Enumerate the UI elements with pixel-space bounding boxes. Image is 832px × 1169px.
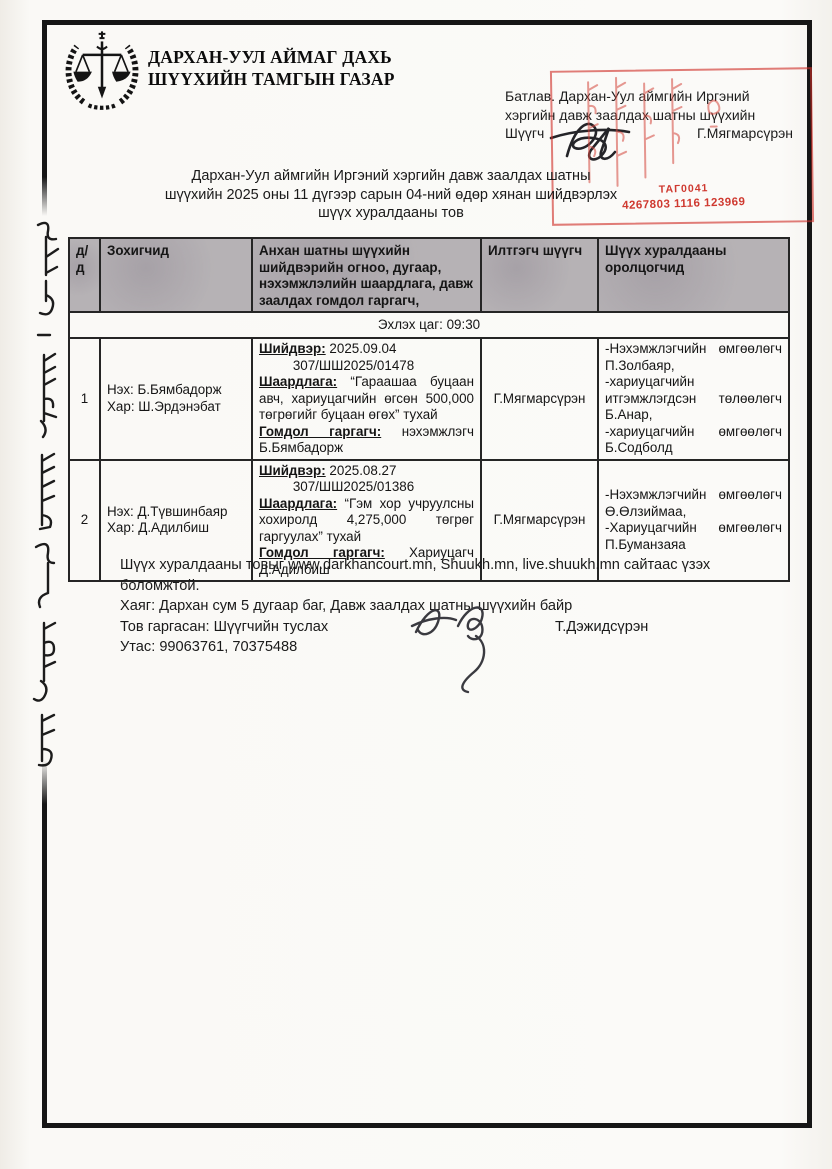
parties-cell: Нэх: Б.Бямбадорж Хар: Ш.Эрдэнэбат <box>100 338 252 460</box>
org-name-line2: ШҮҮХИЙН ТАМГЫН ГАЗАР <box>148 68 395 90</box>
participant: -Нэхэмжлэгчийн өмгөөлөгч Ө.Өлзиймаа, <box>605 487 782 520</box>
page-border-left-upper <box>42 20 47 216</box>
document-title: Дархан-Уул аймгийн Иргэний хэргийн давж … <box>108 167 674 223</box>
participant: -Хариуцагчийн өмгөөлөгч П.Буманзаяа <box>605 520 782 553</box>
scales-of-justice-logo-icon <box>60 29 144 111</box>
hearing-schedule-table: д/ д Зохигчид Анхан шатны шүүхийн шийдвэ… <box>68 237 790 582</box>
decision-label: Шийдвэр: <box>259 341 326 356</box>
prepared-label: Тов гаргасан: Шүүгчийн туслах <box>120 619 328 635</box>
header-participants: Шүүх хуралдааны оролцогчид <box>598 238 789 312</box>
start-time-label: Эхлэх цаг: 09:30 <box>69 312 789 338</box>
reporting-judge: Г.Мягмарсүрэн <box>481 338 598 460</box>
decision-date: 2025.09.04 <box>329 341 396 356</box>
row-number: 1 <box>69 338 100 460</box>
decision-number: 307/ШШ2025/01386 <box>259 479 474 496</box>
page-border-left-lower <box>42 760 47 1128</box>
header-judge: Илтгэгч шүүгч <box>481 238 598 312</box>
page-border-top <box>42 20 812 25</box>
claim-label: Шаардлага: <box>259 374 337 389</box>
participant: -Нэхэмжлэгчийн өмгөөлөгч П.Золбаяр, <box>605 341 782 374</box>
decision-label: Шийдвэр: <box>259 463 326 478</box>
org-name-line1: ДАРХАН-УУЛ АЙМАГ ДАХЬ <box>148 46 395 68</box>
prepared-by-name: Т.Дэжидсүрэн <box>555 617 648 638</box>
participant: -хариуцагчийн өмгөөлөгч Б.Содболд <box>605 424 782 457</box>
table-header-row: д/ д Зохигчид Анхан шатны шүүхийн шийдвэ… <box>69 238 789 312</box>
approval-signer-label: Шүүгч <box>505 124 544 143</box>
claim-label: Шаардлага: <box>259 496 337 511</box>
document-title-line2: шүүхийн 2025 оны 11 дүгээр сарын 04-ний … <box>108 186 674 205</box>
availability-note: Шүүх хуралдааны товыг www.darkhancourt.m… <box>120 555 788 596</box>
approval-signer-name: Г.Мягмарсүрэн <box>697 124 793 143</box>
org-name: ДАРХАН-УУЛ АЙМАГ ДАХЬ ШҮҮХИЙН ТАМГЫН ГАЗ… <box>148 46 395 90</box>
defendant: Хар: Д.Адилбиш <box>107 520 245 537</box>
decision-date: 2025.08.27 <box>329 463 396 478</box>
participant: -хариуцагчийн итгэмжлэгдсэн төлөөлөгч Б.… <box>605 374 782 424</box>
page-border-bottom <box>42 1123 812 1128</box>
case-info-cell: Шийдвэр: 2025.09.04 307/ШШ2025/01478 Шаа… <box>252 338 481 460</box>
document-title-line3: шүүх хуралдааны тов <box>108 204 674 223</box>
clerk-signature-icon <box>402 596 532 696</box>
document-title-line1: Дархан-Уул аймгийн Иргэний хэргийн давж … <box>108 167 674 186</box>
page-border-right <box>807 20 812 1128</box>
header-case-info: Анхан шатны шүүхийн шийдвэрийн огноо, ду… <box>252 238 481 312</box>
scanned-court-document: ДАРХАН-УУЛ АЙМАГ ДАХЬ ШҮҮХИЙН ТАМГЫН ГАЗ… <box>0 0 832 1169</box>
plaintiff: Нэх: Д.Түвшинбаяр <box>107 504 245 521</box>
start-time-row: Эхлэх цаг: 09:30 <box>69 312 789 338</box>
header-parties: Зохигчид <box>100 238 252 312</box>
participants-cell: -Нэхэмжлэгчийн өмгөөлөгч П.Золбаяр, -хар… <box>598 338 789 460</box>
approval-line1: Батлав. Дархан-Уул аймгийн Иргэний <box>505 87 793 106</box>
header-no: д/ д <box>69 238 100 312</box>
decision-number: 307/ШШ2025/01478 <box>259 358 474 375</box>
plaintiff: Нэх: Б.Бямбадорж <box>107 382 245 399</box>
mongolian-vertical-script-icon <box>8 215 72 775</box>
row-number: 2 <box>69 460 100 582</box>
defendant: Хар: Ш.Эрдэнэбат <box>107 399 245 416</box>
table-row: 1 Нэх: Б.Бямбадорж Хар: Ш.Эрдэнэбат Шийд… <box>69 338 789 460</box>
complaint-label: Гомдол гаргагч: <box>259 424 381 439</box>
